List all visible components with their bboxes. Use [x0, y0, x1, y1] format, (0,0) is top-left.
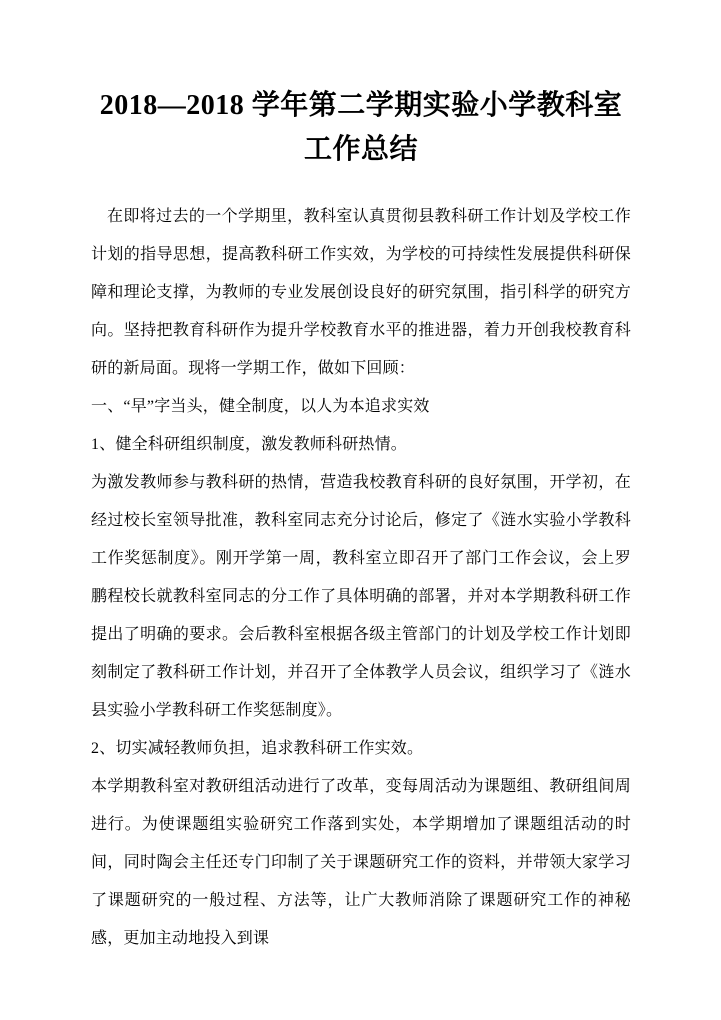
paragraph-item-1: 为激发教师参与教科研的热情，营造我校教育科研的良好氛围，开学初，在经过校长室领导… [91, 464, 631, 730]
item-heading-2: 2、切实减轻教师负担，追求教科研工作实效。 [91, 730, 631, 768]
document-title-line-2: 工作总结 [91, 128, 631, 172]
section-heading-1: 一、“早”字当头，健全制度，以人为本追求实效 [91, 388, 631, 426]
document-title-line-1: 2018—2018 学年第二学期实验小学教科室 [91, 84, 631, 128]
document-page: 2018—2018 学年第二学期实验小学教科室 工作总结 在即将过去的一个学期里… [0, 0, 721, 1020]
paragraph-intro: 在即将过去的一个学期里，教科室认真贯彻县教科研工作计划及学校工作计划的指导思想，… [91, 198, 631, 388]
document-title: 2018—2018 学年第二学期实验小学教科室 工作总结 [91, 84, 631, 172]
document-content: 2018—2018 学年第二学期实验小学教科室 工作总结 在即将过去的一个学期里… [0, 0, 721, 958]
paragraph-item-2: 本学期教科室对教研组活动进行了改革，变每周活动为课题组、教研组间周进行。为使课题… [91, 768, 631, 958]
item-heading-1: 1、健全科研组织制度，激发教师科研热情。 [91, 426, 631, 464]
